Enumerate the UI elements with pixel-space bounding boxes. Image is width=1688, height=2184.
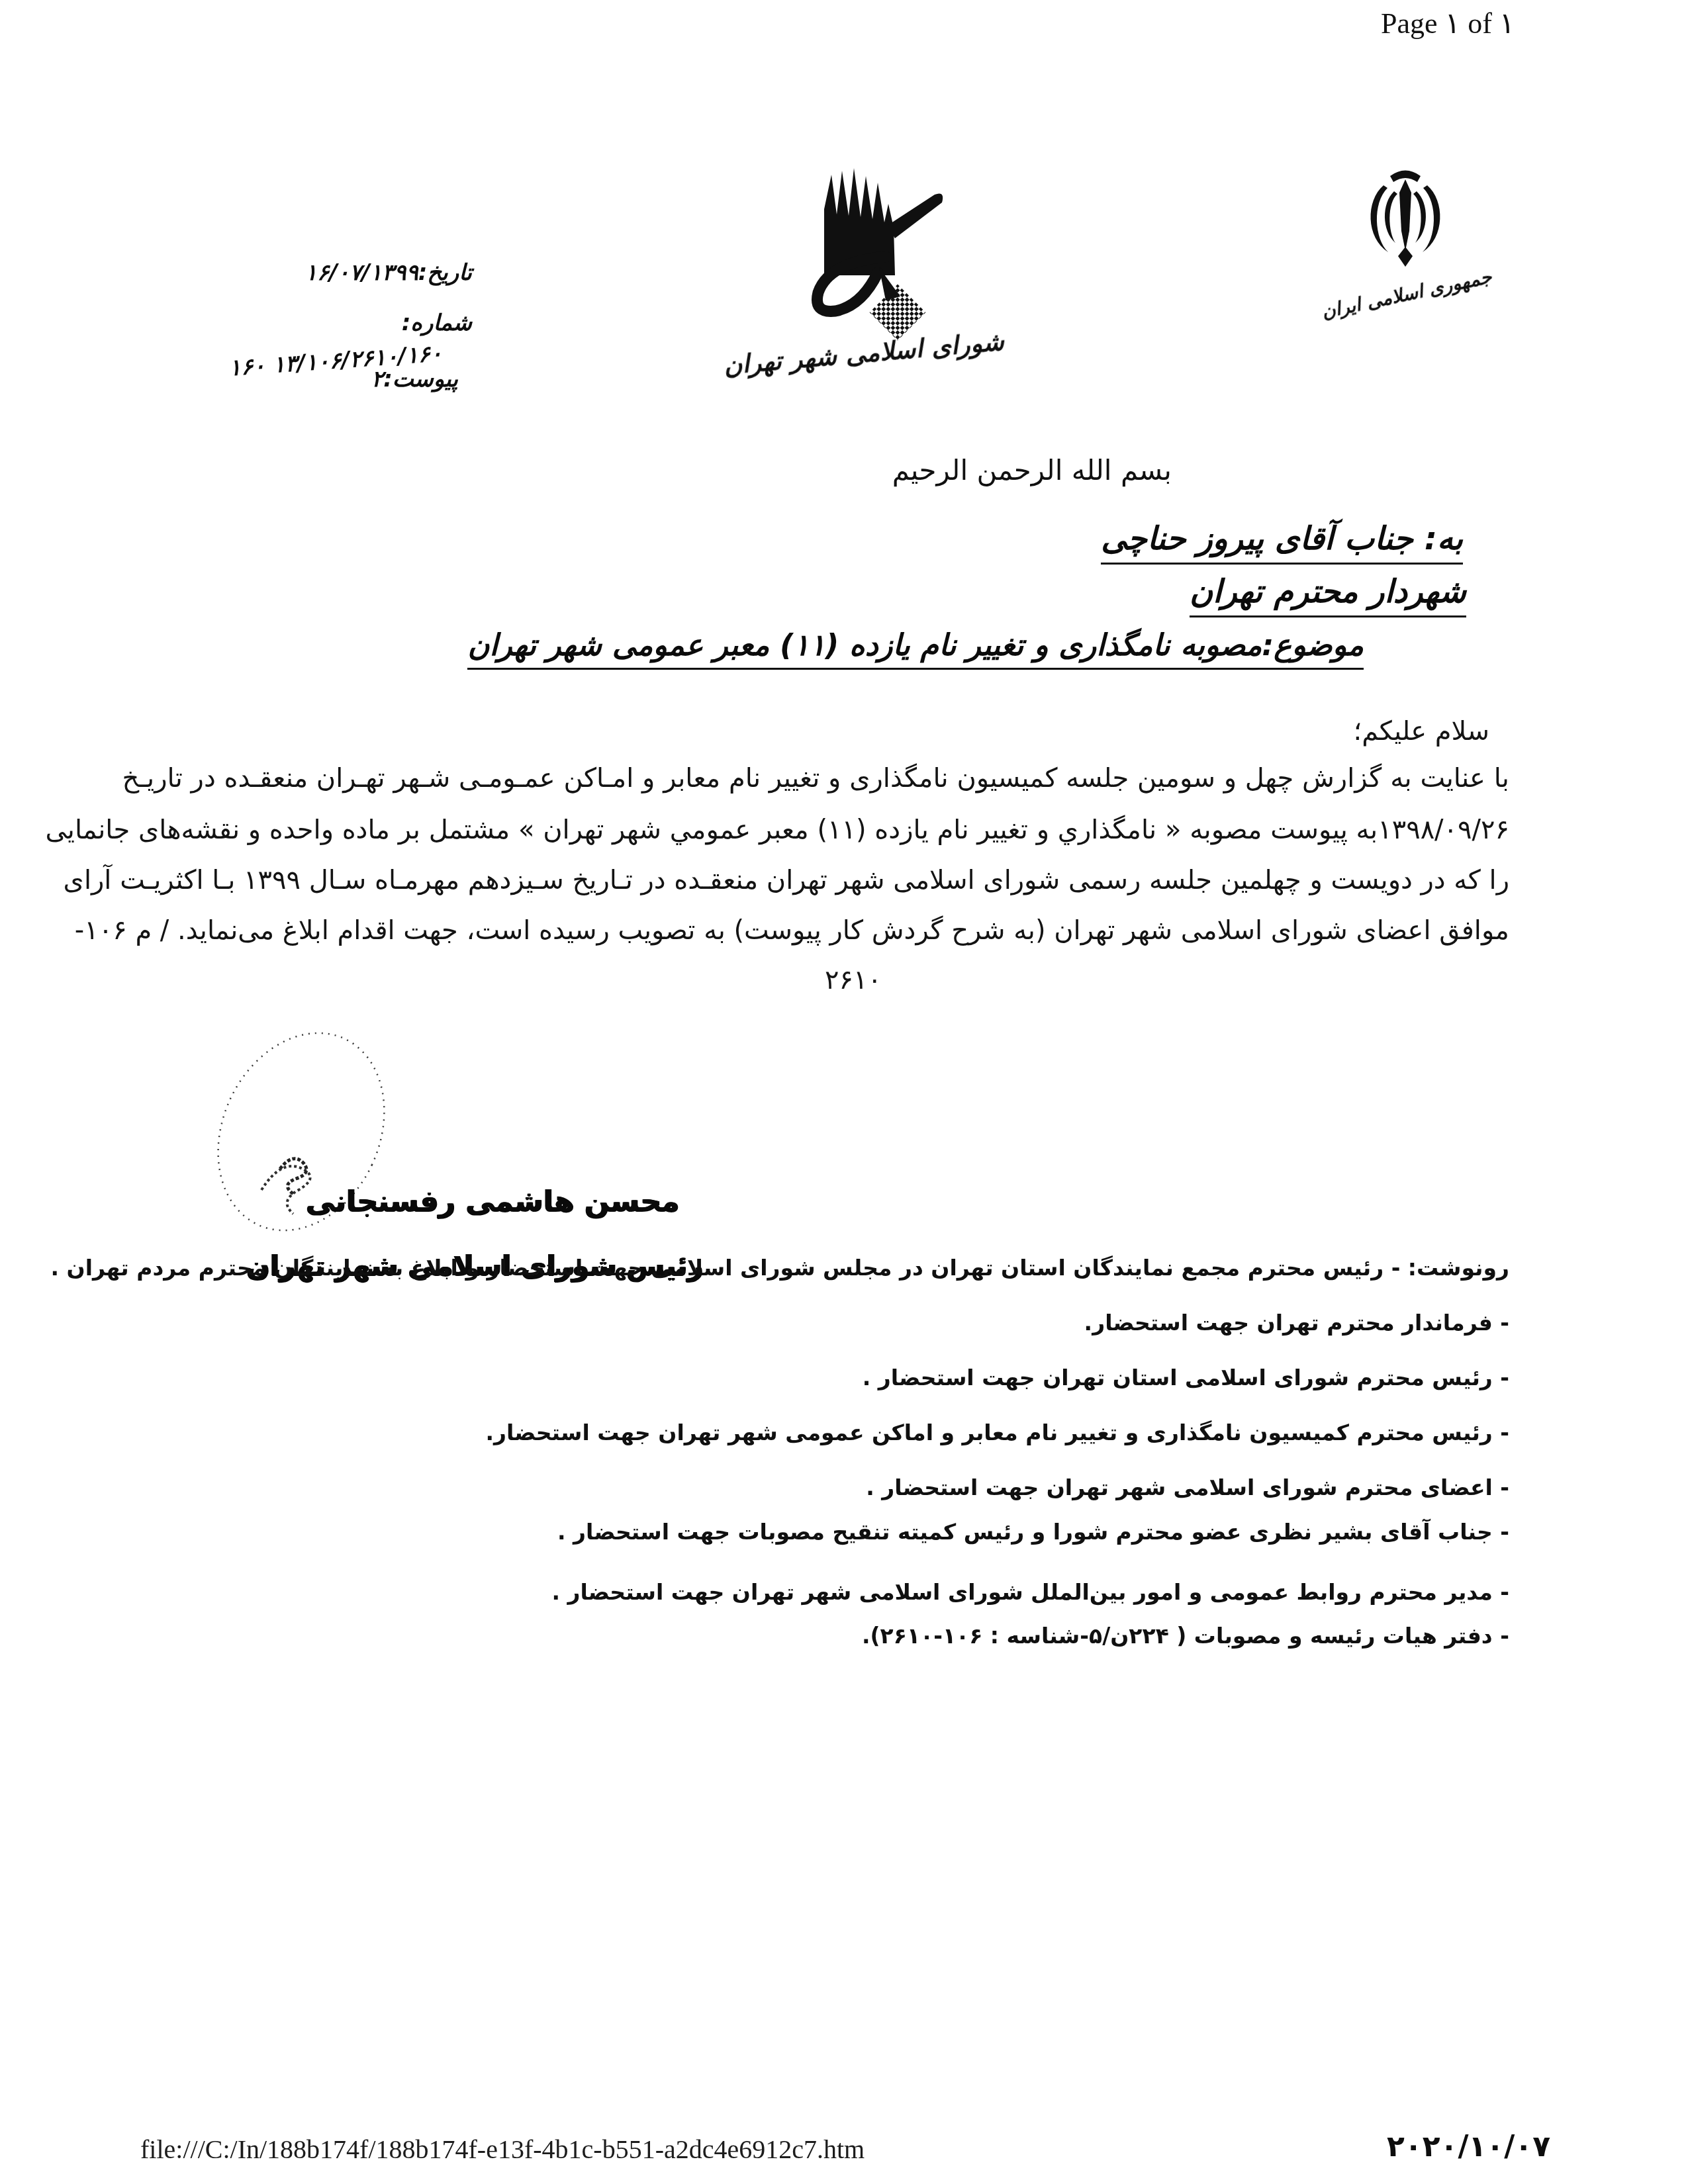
cc-line-8: - دفتر هیات رئیسه و مصوبات ( ۲۲۴ن/۵-شناس…	[862, 1623, 1509, 1649]
body-line-2: ۱۳۹۸/۰۹/۲۶به پیوست مصوبه « نامگذاري و تغ…	[248, 814, 1509, 846]
attachment-label: پیوست:	[383, 366, 458, 392]
date-value: ۱۶/۰۷/۱۳۹۹	[305, 259, 418, 286]
cc-line-4: - رئیس محترم کمیسیون نامگذاری و تغییر نا…	[485, 1420, 1509, 1445]
attachment-value: ۲	[371, 366, 383, 392]
addressee-title-text: شهردار محترم تهران	[1190, 573, 1466, 617]
cc-line-5: - اعضای محترم شورای اسلامی شهر تهران جهت…	[866, 1475, 1509, 1500]
tehran-council-logo-icon	[788, 163, 947, 341]
cc-line-6: - جناب آقای بشیر نظری عضو محترم شورا و ر…	[557, 1519, 1509, 1545]
scanned-letter-page: Page ۱ of ۱ تاریخ:۱۶/۰۷/۱۳۹۹ شماره: ۱۶۰ …	[0, 0, 1688, 2184]
date-label: تاریخ:	[418, 259, 472, 286]
body-line-1: با عنایت به گزارش چهل و سومین جلسه کمیسی…	[248, 762, 1509, 794]
subject-line: موضوع:مصوبه نامگذاری و تغییر نام یازده (…	[467, 627, 1364, 662]
body-line-4: موافق اعضای شورای اسلامی شهر تهران (به ش…	[248, 915, 1509, 946]
cc-line-7: - مدیر محترم روابط عمومی و امور بین‌المل…	[551, 1579, 1509, 1605]
cc-line-2: - فرماندار محترم تهران جهت استحضار.	[1084, 1310, 1509, 1336]
handwritten-signature-icon	[215, 1032, 394, 1261]
footer-file-url: file:///C:/In/188b174f/188b174f-e13f-4b1…	[140, 2134, 865, 2165]
signatory-name: محسن هاشمی رفسنجانی	[306, 1185, 679, 1218]
addressee-line: به: جناب آقای پیروز حناچی	[1101, 520, 1463, 557]
number-label: شماره:	[402, 310, 472, 336]
addressee-title-line: شهردار محترم تهران	[1190, 573, 1466, 610]
letter-date-field: تاریخ:۱۶/۰۷/۱۳۹۹	[305, 259, 472, 286]
body-line-3: را که در دویست و چهلمین جلسه رسمی شورای …	[248, 864, 1509, 896]
attachment-field: پیوست:۲	[371, 366, 458, 392]
subject-text: موضوع:مصوبه نامگذاری و تغییر نام یازده (…	[467, 627, 1364, 670]
footer-print-date: ۲۰۲۰/۱۰/۰۷	[1387, 2130, 1550, 2163]
iran-emblem-caption: جمهوری اسلامی ایران	[1314, 264, 1500, 324]
body-line-5: ۲۶۱۰	[825, 965, 882, 995]
cc-line-1: رونوشت: - رئیس محترم مجمع نمایندگان استا…	[51, 1255, 1510, 1281]
bismillah-line: بسم الله الرحمن الرحیم	[892, 454, 1172, 486]
salutation-line: سلام علیکم؛	[1354, 716, 1489, 747]
page-number-label: Page ۱ of ۱	[1381, 7, 1515, 40]
iran-national-emblem-icon	[1349, 169, 1462, 268]
addressee-text: به: جناب آقای پیروز حناچی	[1101, 520, 1463, 565]
cc-line-3: - رئیس محترم شورای اسلامی استان تهران جه…	[863, 1365, 1509, 1390]
